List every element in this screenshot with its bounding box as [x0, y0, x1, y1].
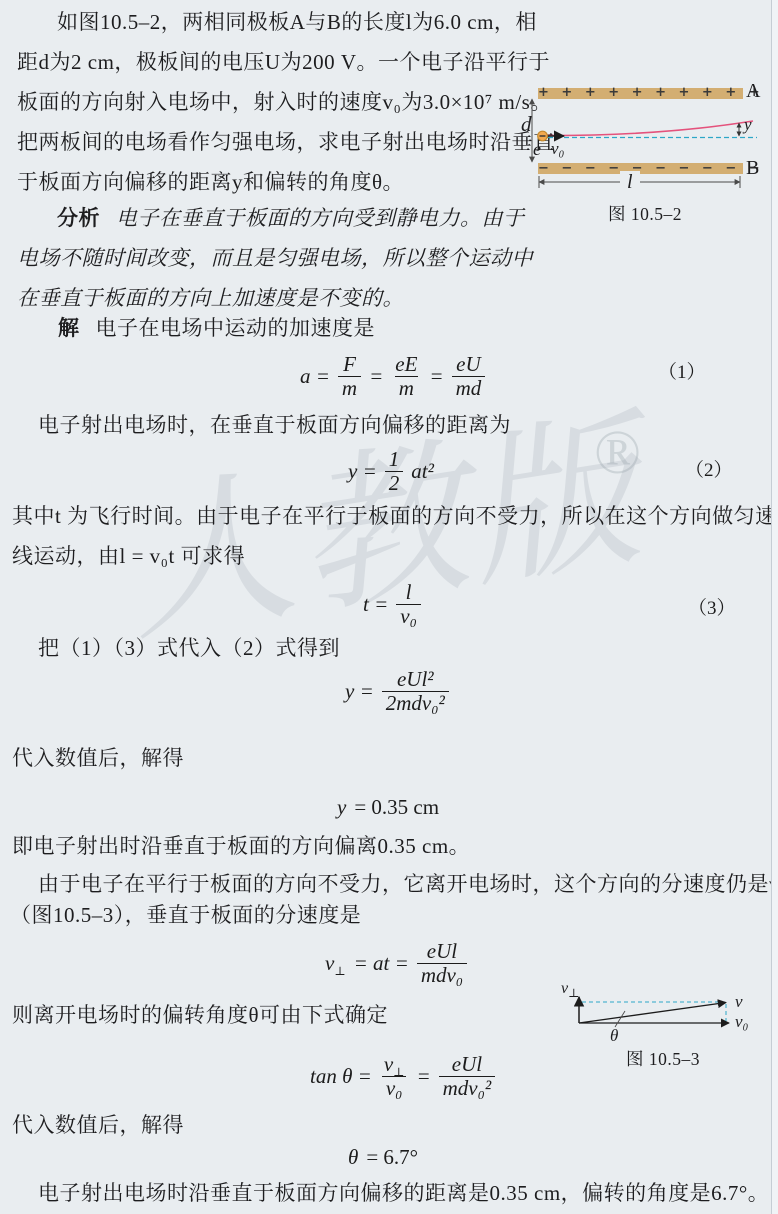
analysis-line: 电场不随时间改变，而且是匀强电场，所以整个运动中 — [17, 245, 533, 271]
figure-10-5-2-caption: 图 10.5–2 — [608, 201, 682, 226]
problem-line: 于板面方向偏移的距离y和偏转的角度θ。 — [17, 169, 404, 195]
analysis-text: 电子在垂直于板面的方向受到静电力。由于 — [116, 206, 525, 230]
equation-1-number: （1） — [658, 357, 706, 384]
registered-trademark-mark: ® — [594, 418, 641, 489]
problem-line: 如图10.5–2，两相同极板A与B的长度l为6.0 cm，相 — [57, 9, 537, 35]
problem-line: 把两板间的电场看作匀强电场，求电子射出电场时沿垂直 — [17, 129, 555, 155]
body-line: 电子射出电场时，在垂直于板面方向偏移的距离为 — [38, 412, 511, 438]
equation-1: a = Fm = eEm = eUmd — [300, 353, 485, 399]
body-line: （图10.5–3），垂直于板面的分速度是 — [10, 902, 361, 928]
theta-label: θ — [610, 1026, 618, 1046]
analysis-line: 分析电子在垂直于板面的方向受到静电力。由于 — [57, 205, 525, 232]
body-line: 代入数值后，解得 — [12, 745, 184, 771]
textbook-page: 人教版 ® 如图10.5–2，两相同极板A与B的长度l为6.0 cm，相 距d为… — [0, 0, 778, 1214]
body-line: 即电子射出时沿垂直于板面的方向偏离0.35 cm。 — [12, 833, 470, 859]
v-label: v — [735, 992, 743, 1012]
electron-label: e — [533, 139, 541, 160]
v-perp-label: v⊥ — [561, 980, 579, 998]
equation-5: v⊥ = at = eUlmdv₀ — [325, 940, 467, 986]
equation-3: t = lv₀ — [363, 581, 421, 627]
figure-10-5-3-graphic — [555, 975, 765, 1055]
body-line: 其中t 为飞行时间。由于电子在平行于板面的方向不受力，所以在这个方向做匀速直 — [12, 503, 778, 529]
equation-6: tan θ = v⊥v₀ = eUlmdv₀² — [310, 1053, 495, 1099]
equation-2-number: （2） — [685, 455, 733, 482]
analysis-line: 在垂直于板面的方向上加速度是不变的。 — [17, 285, 404, 311]
y-deflection-label: y — [744, 115, 752, 135]
body-line: 把（1）（3）式代入（2）式得到 — [38, 635, 340, 661]
page-edge-strip — [772, 0, 778, 1214]
body-line: 代入数值后，解得 — [12, 1112, 184, 1138]
solution-line: 解电子在电场中运动的加速度是 — [58, 315, 375, 342]
solution-label: 解 — [58, 317, 80, 340]
v0-label: v₀ — [551, 139, 564, 159]
problem-line: 板面的方向射入电场中，射入时的速度v₀为3.0×10⁷ m/s。 — [17, 89, 552, 115]
equation-4: y = eUl²2mdv₀² — [345, 668, 449, 714]
l-length-label: l — [620, 171, 640, 194]
plate-a-label: A — [746, 80, 760, 103]
equation-3-number: （3） — [688, 593, 736, 620]
figure-10-5-3-caption: 图 10.5–3 — [626, 1046, 700, 1071]
plate-b-label: B — [746, 157, 759, 180]
solution-text: 电子在电场中运动的加速度是 — [96, 316, 376, 340]
body-line: 线运动，由l = v₀t 可求得 — [12, 543, 245, 569]
body-line: 由于电子在平行于板面的方向不受力，它离开电场时，这个方向的分速度仍是v₀ — [38, 871, 778, 897]
body-line: 则离开电场时的偏转角度θ可由下式确定 — [12, 1002, 388, 1028]
problem-line: 距d为2 cm，极板间的电压U为200 V。一个电子沿平行于 — [17, 49, 550, 75]
page-edge-line — [771, 0, 772, 1214]
result-y: y= 0.35 cm — [337, 795, 439, 820]
equation-2: y = 12 at² — [348, 448, 434, 494]
v0-label: v₀ — [735, 1012, 748, 1032]
analysis-label: 分析 — [57, 207, 100, 230]
body-line: 电子射出电场时沿垂直于板面方向偏移的距离是0.35 cm，偏转的角度是6.7°。 — [38, 1180, 769, 1206]
result-theta: θ= 6.7° — [348, 1145, 418, 1170]
d-distance-label: d — [521, 112, 532, 137]
